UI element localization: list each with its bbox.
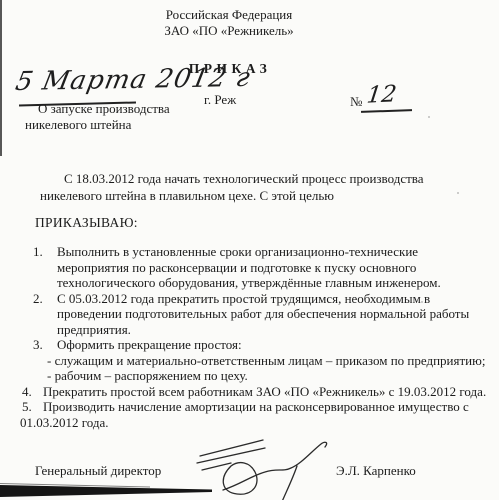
item-text: Выполнить в установленные сроки организа… [57, 244, 472, 291]
order-item-3-sub-1: - служащим и материально-ответственным л… [47, 353, 492, 369]
scanned-order-document: Российская Федерация ЗАО «ПО «Режникель»… [0, 0, 499, 500]
order-item-3-sub-2: - рабочим – распоряжением по цеху. [47, 368, 492, 384]
number-underline [361, 109, 412, 112]
handwritten-number: 12 [365, 81, 398, 108]
item-text: Производить начисление амортизации на ра… [43, 399, 491, 415]
signature-name: Э.Л. Карпенко [336, 463, 416, 479]
scan-speck [428, 116, 430, 118]
order-item-5: 5. Производить начисление амортизации на… [20, 399, 492, 415]
order-item-1: 1. Выполнить в установленные сроки орган… [20, 244, 492, 291]
item-number: 4. [22, 384, 43, 400]
item-number: 3. [33, 337, 57, 353]
scan-edge-artifact-bottom [0, 482, 240, 500]
item-number: 5. [22, 399, 43, 415]
order-item-2: 2. С 05.03.2012 года прекратить простой … [20, 291, 492, 338]
header-country: Российская Федерация [0, 7, 458, 23]
item-text: Оформить прекращение простоя: [57, 337, 472, 353]
order-items: 1. Выполнить в установленные сроки орган… [20, 244, 492, 430]
order-keyword: ПРИКАЗЫВАЮ: [35, 215, 138, 231]
item-text: Прекратить простой всем работникам ЗАО «… [43, 384, 491, 400]
scan-speck [457, 192, 459, 194]
header-organization: ЗАО «ПО «Режникель» [0, 23, 458, 39]
document-header: Российская Федерация ЗАО «ПО «Режникель» [0, 7, 458, 39]
subject-line-1: О запуске производства [38, 101, 170, 117]
item-number: 1. [33, 244, 57, 291]
order-item-3: 3. Оформить прекращение простоя: [20, 337, 492, 353]
body-paragraph: С 18.03.2012 года начать технологический… [40, 170, 428, 204]
subject-line-2: никелевого штейна [25, 117, 131, 133]
signature-role: Генеральный директор [35, 463, 161, 479]
order-item-4: 4. Прекратить простой всем работникам ЗА… [20, 384, 492, 400]
item-text: С 05.03.2012 года прекратить простой тру… [57, 291, 472, 338]
number-label: № [350, 94, 362, 110]
item-number: 2. [33, 291, 57, 338]
place-line: г. Реж [204, 92, 236, 108]
